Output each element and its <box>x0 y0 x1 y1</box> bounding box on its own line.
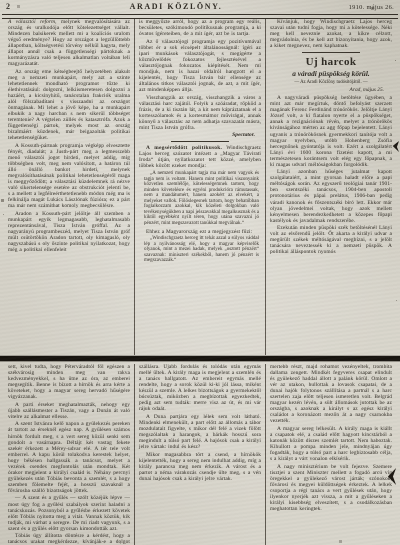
article-paragraph: is meggyőzte arról, hogy az a program eg… <box>139 19 261 37</box>
news-item-paragraph: Ehhez a Magyarország ezt a megjegyzést f… <box>139 229 261 235</box>
upper-section: A választói reform, melynek megvalósítás… <box>4 19 396 355</box>
feuilleton-paragraph: A magyar sereg lelkesült. A király maga … <box>270 426 392 462</box>
news-item-paragraph: A megsértődött politikusok. Windischgrae… <box>139 145 261 169</box>
feuilleton-paragraph: mertebb részt, majd rohamot vezényeltek,… <box>270 364 392 424</box>
feuilleton-paragraph: — A szent és a gyűlés — szólt közéjük lé… <box>8 495 130 531</box>
headline-byline: — Az Aradi Közlöny tudósítójától. — <box>270 80 392 85</box>
article-paragraph: Aradon a Kossuth-párt jelöltje áll szemb… <box>8 211 130 253</box>
masthead-title: ARADI KÖZLÖNY. <box>46 2 306 11</box>
article-paragraph: Kívánjuk, hogy Windischgraetz Lajos herc… <box>270 19 392 49</box>
feuilleton-paragraph: sett, kivel tudta, hogy Péterváradtól fö… <box>8 364 130 400</box>
section-rule <box>302 52 360 53</box>
feuilleton-paragraph: A Duna partjára egy lélek sem volt látha… <box>139 414 261 450</box>
issue-date: 1910. május 26. <box>306 4 394 11</box>
column-right: Kívánjuk, hogy Windischgraetz Lajos herc… <box>266 19 396 355</box>
column-left-bottom: sett, kivel tudta, hogy Péterváradtól fö… <box>4 364 134 545</box>
feuilleton-paragraph: Mikor magasabbra tört a csend, a hírnökö… <box>139 452 261 482</box>
feuilleton-paragraph: A szent Istvánra kelő napon a gyülekezés… <box>8 421 130 494</box>
header-rule <box>2 14 398 19</box>
column-middle-bottom: szállásra. Újabb fordulás és tolódás utá… <box>135 364 265 545</box>
article-paragraph: Visszhangzik az ország, visszhangzik a v… <box>139 95 261 131</box>
column-left: A választói reform, melynek megvalósítás… <box>4 19 134 355</box>
feuilleton-paragraph: A parti érseket meghatalmazták, nehogy e… <box>8 402 130 420</box>
paragraph-text: melynek megvalósítására az ország és ura… <box>8 19 130 67</box>
section-divider-bar <box>0 356 400 361</box>
headline-title: Uj harcok <box>270 56 392 68</box>
feuilleton-paragraph: Tóbiás úgy állította döntésre a kérdést,… <box>8 533 130 545</box>
article-paragraph: A választói reform, melynek megvalósítás… <box>8 19 130 67</box>
article-paragraph: A Kossuth-pártnak programja végképp elve… <box>8 143 130 210</box>
headline-dateline: Arad, május 25. <box>270 87 384 93</box>
page-header: 2 ARADI KÖZLÖNY. 1910. május 26. <box>6 2 394 11</box>
feuilleton-paragraph: A nagy minisztérium be volt fejezve. Sze… <box>270 464 392 512</box>
article-headline-block: Uj harcok a váradi püspökség körül. — Az… <box>270 56 392 85</box>
scan-specks <box>0 0 1 1</box>
article-paragraph: Ezekután minden püspöki szék betöltéséné… <box>270 225 392 255</box>
column-right-bottom: mertebb részt, majd rohamot vezényeltek,… <box>266 364 396 545</box>
headline-subtitle: a váradi püspökség körül. <box>270 69 392 78</box>
editorial-signature: Spectator. <box>139 132 255 138</box>
article-paragraph: Az ország eme kétségbeejtő helyzetében a… <box>8 69 130 142</box>
article-paragraph: A nagyváradi püspökség betöltése ügyében… <box>270 95 392 168</box>
blockquote: „A nemzeti munkapárt tagja ma már nem va… <box>144 171 259 226</box>
lower-section: sett, kivel tudta, hogy Péterváradtól fö… <box>4 364 396 545</box>
article-paragraph: Lányi azonban hűséges jutalmat kapott sz… <box>270 169 392 223</box>
column-middle: is meggyőzte arról, hogy az a program eg… <box>135 19 265 355</box>
article-paragraph: Az ő választójogi programja egy pozitívu… <box>139 39 261 93</box>
blockquote: „Windischgraetz herceg itt tehát azzal a… <box>144 236 259 264</box>
page-number: 2 <box>6 2 46 11</box>
section-rule <box>171 141 229 142</box>
feuilleton-paragraph: szállásra. Újabb fordulás és tolódás utá… <box>139 364 261 412</box>
